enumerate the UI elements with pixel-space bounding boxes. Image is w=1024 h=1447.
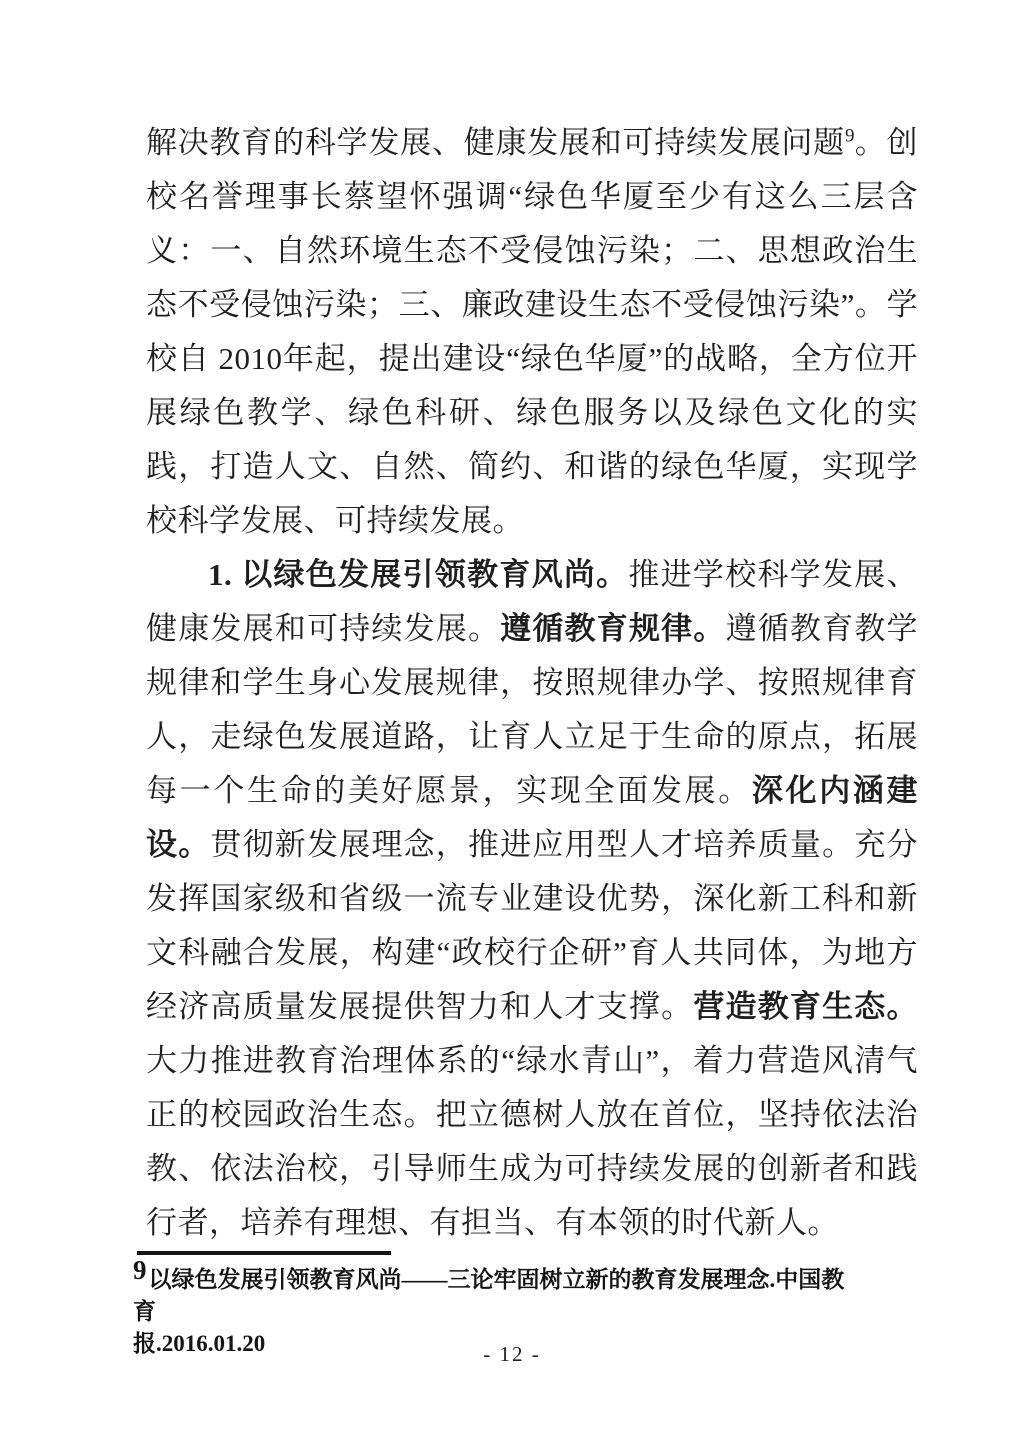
- paragraph-green-development: 1. 以绿色发展引领教育风尚。推进学校科学发展、健康发展和可持续发展。遵循教育规…: [146, 548, 918, 1250]
- footnote-separator-rule: [137, 1251, 391, 1255]
- paragraph-text: 解决教育的科学发展、健康发展和可持续发展问题: [146, 125, 845, 160]
- footnote-number: 9: [133, 1255, 147, 1285]
- paragraph-text: 大力推进教育治理体系的“绿水青山”，着力营造风清气正的校园政治生态。把立德树人放…: [146, 1043, 918, 1240]
- runin-heading-follow-education-rules: 遵循教育规律。: [500, 611, 725, 646]
- runin-heading-green-development: 1. 以绿色发展引领教育风尚。: [208, 557, 628, 592]
- runin-heading-build-education-ecology: 营造教育生态。: [693, 989, 918, 1024]
- document-body: 解决教育的科学发展、健康发展和可持续发展问题9。创校名誉理事长蔡望怀强调“绿色华…: [146, 116, 918, 1250]
- page-number: - 12 -: [0, 1342, 1024, 1367]
- document-page: 解决教育的科学发展、健康发展和可持续发展问题9。创校名誉理事长蔡望怀强调“绿色华…: [0, 0, 1024, 1447]
- paragraph-text: 。创校名誉理事长蔡望怀强调“绿色华厦至少有这么三层含义：一、自然环境生态不受侵蚀…: [146, 125, 918, 538]
- footnote-text-line: 以绿色发展引领教育风尚——三论牢固树立新的教育发展理念.中国教育: [133, 1267, 844, 1324]
- paragraph-intro-continuation: 解决教育的科学发展、健康发展和可持续发展问题9。创校名誉理事长蔡望怀强调“绿色华…: [146, 116, 918, 548]
